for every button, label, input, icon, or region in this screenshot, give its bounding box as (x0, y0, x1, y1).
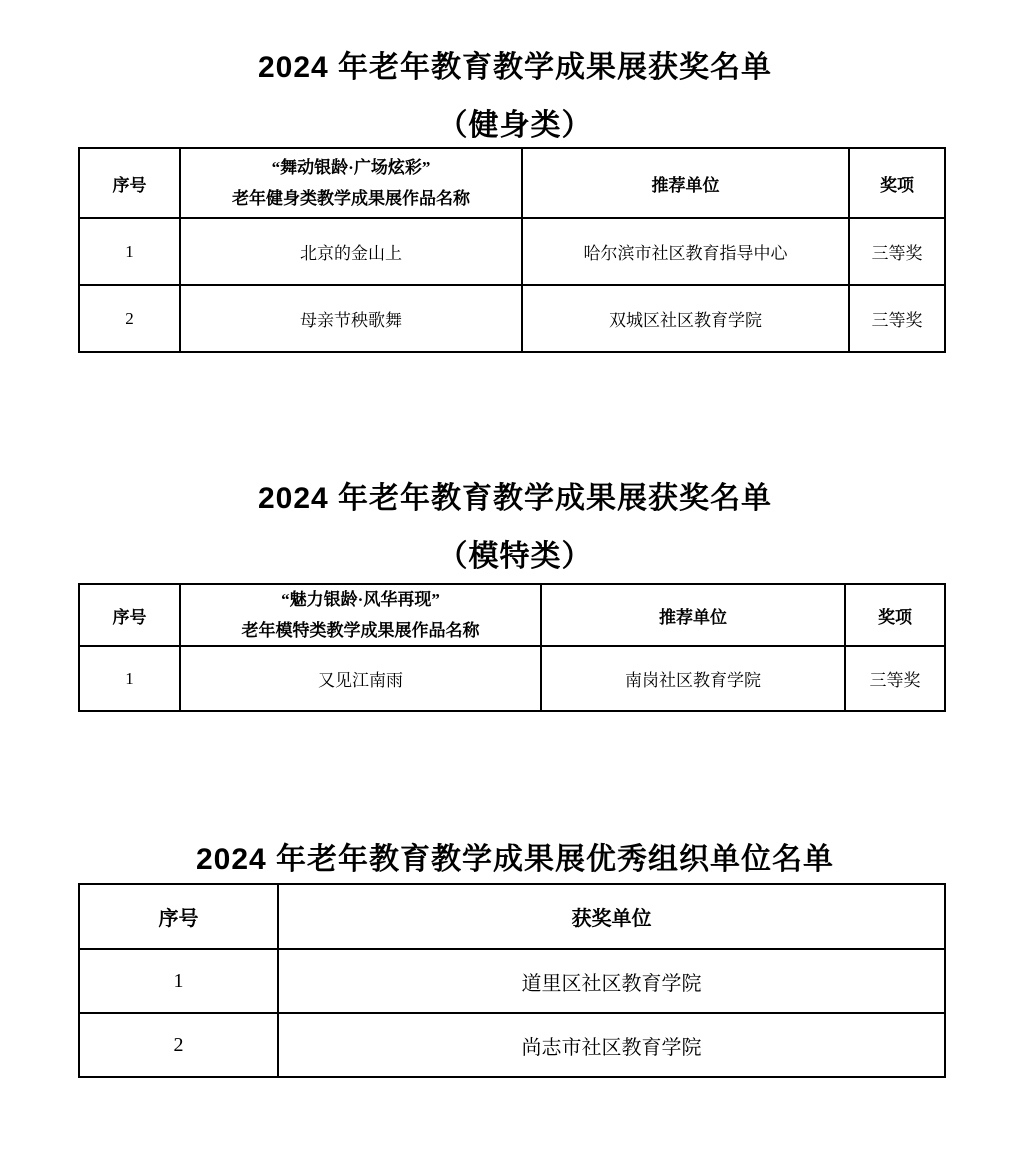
row-index: 1 (79, 949, 278, 1013)
organization-table-header-row: 序号 获奖单位 (79, 884, 945, 949)
organization-table: 序号 获奖单位 1 道里区社区教育学院 2 尚志市社区教育学院 (78, 883, 946, 1078)
fitness-table-row-2: 2 母亲节秧歌舞 双城区社区教育学院 三等奖 (79, 285, 945, 352)
model-awards-table: 序号 “魅力银龄·风华再现” 老年模特类教学成果展作品名称 推荐单位 奖项 1 … (78, 583, 946, 712)
fitness-header-theme: “舞动银龄·广场炫彩” (185, 158, 517, 177)
organization-section-title: 2024 年老年教育教学成果展优秀组织单位名单 (0, 842, 1030, 878)
model-header-recommender: 推荐单位 (541, 584, 845, 646)
model-section-title: 2024 年老年教育教学成果展获奖名单 (0, 481, 1030, 517)
fitness-awards-table: 序号 “舞动银龄·广场炫彩” 老年健身类教学成果展作品名称 推荐单位 奖项 1 … (78, 147, 946, 353)
row-index: 1 (79, 646, 180, 711)
organization-table-row-1: 1 道里区社区教育学院 (79, 949, 945, 1013)
recommender-unit: 南岗社区教育学院 (541, 646, 845, 711)
model-table-row-1: 1 又见江南雨 南岗社区教育学院 三等奖 (79, 646, 945, 711)
award-level: 三等奖 (849, 285, 945, 352)
row-index: 1 (79, 218, 180, 285)
row-index: 2 (79, 285, 180, 352)
organization-header-index: 序号 (79, 884, 278, 949)
fitness-header-award: 奖项 (849, 148, 945, 218)
award-level: 三等奖 (849, 218, 945, 285)
fitness-section-subtitle: （健身类） (0, 108, 1030, 144)
model-header-award: 奖项 (845, 584, 945, 646)
fitness-section-title: 2024 年老年教育教学成果展获奖名单 (0, 50, 1030, 86)
model-table-header-row: 序号 “魅力银龄·风华再现” 老年模特类教学成果展作品名称 推荐单位 奖项 (79, 584, 945, 646)
fitness-header-work-label: 老年健身类教学成果展作品名称 (185, 189, 517, 208)
awarded-unit: 尚志市社区教育学院 (278, 1013, 945, 1077)
organization-table-row-2: 2 尚志市社区教育学院 (79, 1013, 945, 1077)
fitness-table-row-1: 1 北京的金山上 哈尔滨市社区教育指导中心 三等奖 (79, 218, 945, 285)
fitness-header-work-name: “舞动银龄·广场炫彩” 老年健身类教学成果展作品名称 (180, 148, 522, 218)
model-header-work-name: “魅力银龄·风华再现” 老年模特类教学成果展作品名称 (180, 584, 541, 646)
work-name: 又见江南雨 (180, 646, 541, 711)
document-page: 2024 年老年教育教学成果展获奖名单 （健身类） 序号 “舞动银龄·广场炫彩”… (0, 0, 1030, 1155)
model-header-index: 序号 (79, 584, 180, 646)
recommender-unit: 哈尔滨市社区教育指导中心 (522, 218, 849, 285)
row-index: 2 (79, 1013, 278, 1077)
work-name: 北京的金山上 (180, 218, 522, 285)
work-name: 母亲节秧歌舞 (180, 285, 522, 352)
model-header-theme: “魅力银龄·风华再现” (185, 590, 536, 609)
awarded-unit: 道里区社区教育学院 (278, 949, 945, 1013)
model-header-work-label: 老年模特类教学成果展作品名称 (185, 621, 536, 640)
model-section-subtitle: （模特类） (0, 539, 1030, 575)
organization-header-unit: 获奖单位 (278, 884, 945, 949)
recommender-unit: 双城区社区教育学院 (522, 285, 849, 352)
fitness-header-recommender: 推荐单位 (522, 148, 849, 218)
fitness-header-index: 序号 (79, 148, 180, 218)
award-level: 三等奖 (845, 646, 945, 711)
fitness-table-header-row: 序号 “舞动银龄·广场炫彩” 老年健身类教学成果展作品名称 推荐单位 奖项 (79, 148, 945, 218)
